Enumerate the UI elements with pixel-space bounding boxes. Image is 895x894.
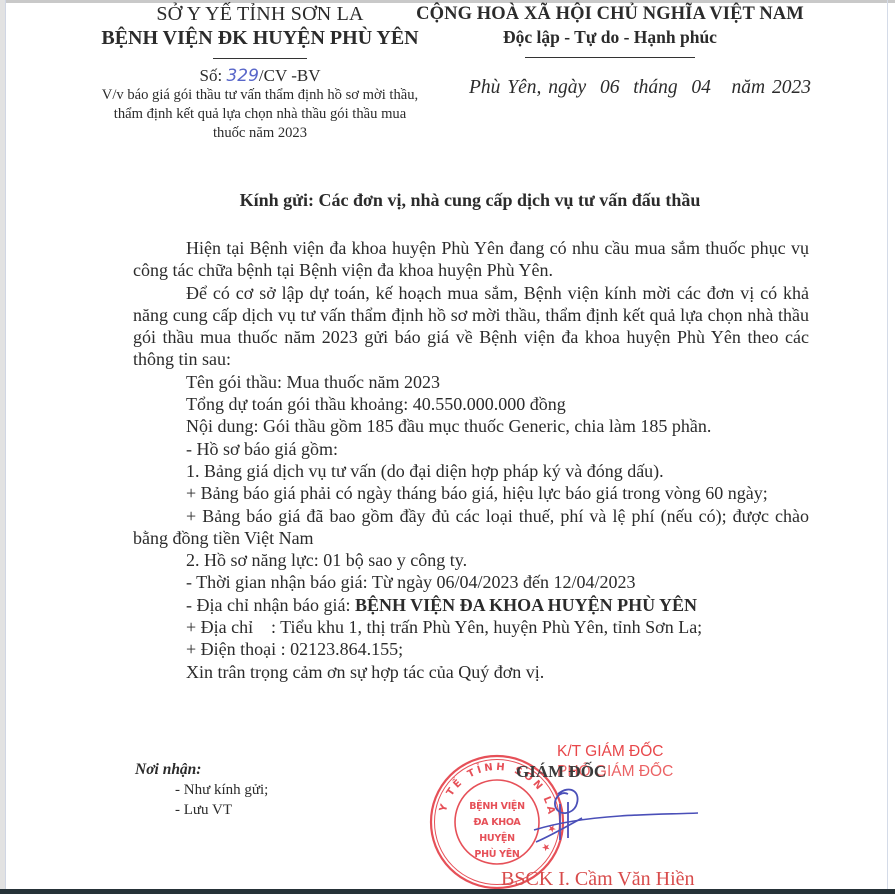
- package-name: Tên gói thầu: Mua thuốc năm 2023: [133, 371, 809, 393]
- handwritten-signature-icon: [530, 782, 700, 852]
- package-content: Nội dung: Gói thầu gồm 185 đầu mục thuốc…: [133, 415, 809, 437]
- address-line: + Địa chỉ: Tiểu khu 1, thị trấn Phù Yên,…: [133, 616, 809, 638]
- address-label: + Địa chỉ: [186, 616, 271, 638]
- phone-line: + Điện thoại : 02123.864.155;: [133, 638, 809, 660]
- document-subject: V/v báo giá gói thầu tư vấn thẩm định hồ…: [100, 86, 420, 143]
- recipient-item: - Lưu VT: [135, 800, 268, 820]
- package-estimate: Tổng dự toán gói thầu khoảng: 40.550.000…: [133, 393, 809, 415]
- receive-address: - Địa chỉ nhận báo giá: BỆNH VIỆN ĐA KHO…: [133, 594, 809, 616]
- dossier-item-2: 2. Hồ sơ năng lực: 01 bộ sao y công ty.: [133, 549, 809, 571]
- viewer-bottom-bar: [0, 889, 895, 894]
- stamp-line: PHÙ YÊN: [467, 847, 527, 863]
- recipient-item: - Như kính gửi;: [135, 780, 268, 800]
- closing-line: Xin trân trọng cảm ơn sự hợp tác của Quý…: [133, 661, 809, 683]
- date-line: Phù Yên, ngày 06 tháng 04 năm 2023: [469, 77, 811, 99]
- doc-number-handwritten: 329: [226, 66, 258, 86]
- letter-body: Hiện tại Bệnh viện đa khoa huyện Phù Yên…: [133, 237, 809, 683]
- viewer-left-margin: [0, 0, 6, 894]
- header-right: CỘNG HOÀ XÃ HỘI CHỦ NGHĨA VIỆT NAM Độc l…: [410, 2, 810, 58]
- signer-name: BSCK I. Cầm Văn Hiền: [501, 868, 695, 891]
- receive-address-value: BỆNH VIỆN ĐA KHOA HUYỆN PHÙ YÊN: [355, 595, 697, 615]
- doc-number-label: Số:: [200, 66, 223, 85]
- stamp-line: HUYỆN: [467, 831, 527, 847]
- doc-number-suffix: /CV -BV: [259, 66, 321, 85]
- dossier-item-1-note-1: + Bảng báo giá phải có ngày tháng báo gi…: [133, 482, 809, 504]
- national-motto: Độc lập - Tự do - Hạnh phúc: [410, 26, 810, 48]
- director-title: GIÁM ĐỐC: [516, 762, 606, 782]
- header-left-underline: [213, 58, 307, 59]
- header-right-underline: [525, 57, 695, 58]
- receive-address-label: - Địa chỉ nhận báo giá:: [186, 595, 355, 615]
- stamp-line: BỆNH VIỆN: [467, 799, 527, 815]
- hospital-name: BỆNH VIỆN ĐK HUYỆN PHÙ YÊN: [100, 26, 420, 50]
- document-number: Số: 329/CV -BV: [100, 66, 420, 86]
- address-value: : Tiểu khu 1, thị trấn Phù Yên, huyện Ph…: [271, 617, 702, 637]
- dossier-item-1: 1. Bảng giá dịch vụ tư vấn (do đại diện …: [133, 460, 809, 482]
- stamp-line: ĐA KHOA: [467, 815, 527, 831]
- stamp-center-text: BỆNH VIỆN ĐA KHOA HUYỆN PHÙ YÊN: [467, 799, 527, 863]
- kt-director-label: K/T GIÁM ĐỐC: [557, 743, 664, 761]
- page-right-edge: [887, 0, 888, 894]
- receive-time: - Thời gian nhận báo giá: Từ ngày 06/04/…: [133, 571, 809, 593]
- salutation: Kính gửi: Các đơn vị, nhà cung cấp dịch …: [130, 190, 810, 211]
- paragraph-request: Để có cơ sở lập dự toán, kế hoạch mua sắ…: [133, 282, 809, 371]
- dossier-item-1-note-2: + Bảng báo giá đã bao gồm đầy đủ các loạ…: [133, 505, 809, 550]
- recipients-block: Nơi nhận: - Như kính gửi; - Lưu VT: [135, 760, 268, 820]
- header-left: SỞ Y YẾ TỈNH SƠN LA BỆNH VIỆN ĐK HUYỆN P…: [100, 2, 420, 59]
- national-title: CỘNG HOÀ XÃ HỘI CHỦ NGHĨA VIỆT NAM: [410, 2, 810, 26]
- paragraph-intro: Hiện tại Bệnh viện đa khoa huyện Phù Yên…: [133, 237, 809, 282]
- dossier-heading: - Hồ sơ báo giá gồm:: [133, 438, 809, 460]
- agency-name: SỞ Y YẾ TỈNH SƠN LA: [100, 2, 420, 26]
- recipients-title: Nơi nhận:: [135, 760, 268, 780]
